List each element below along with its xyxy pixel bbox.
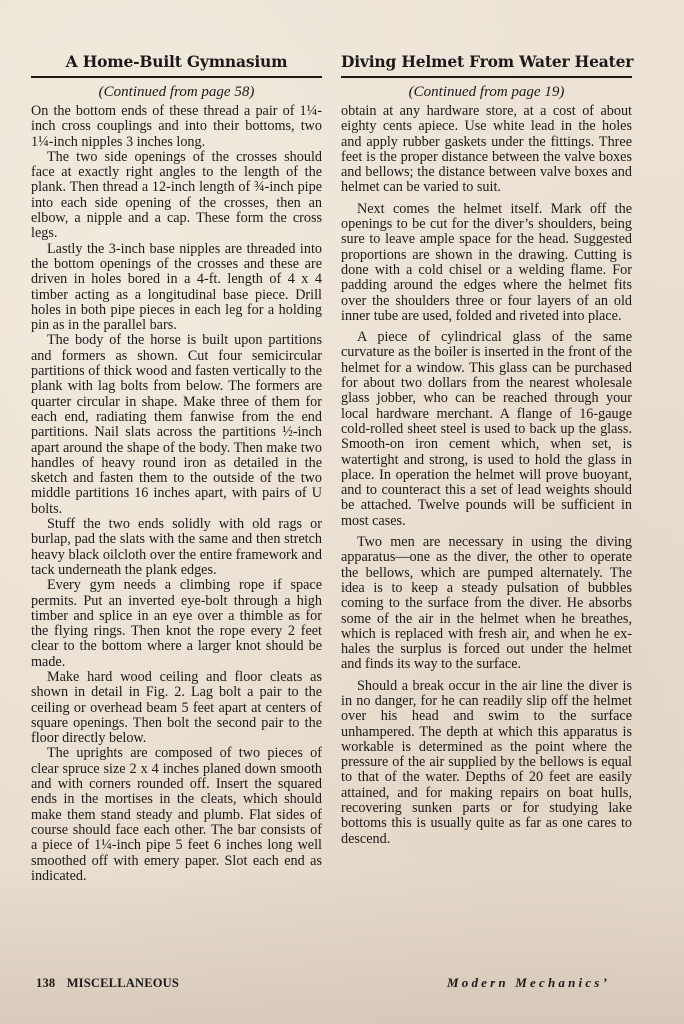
continued-note: (Continued from page 19) (341, 84, 632, 101)
paragraph: Make hard wood ceiling and floor cleats … (31, 670, 322, 746)
magazine-page: A Home-Built Gymnasium (Continued from p… (0, 0, 684, 1024)
paragraph: Stuff the two ends solidly with old rags… (31, 517, 322, 578)
left-article: A Home-Built Gymnasium (Continued from p… (31, 52, 322, 884)
paragraph: Should a break occur in the air line the… (341, 679, 632, 847)
title-rule (341, 76, 632, 78)
article-title: A Home-Built Gymnasium (31, 52, 322, 76)
title-rule (31, 76, 322, 78)
paragraph: The uprights are composed of two pieces … (31, 746, 322, 884)
page-number: 138 (36, 976, 55, 990)
paragraph: On the bottom ends of these thread a pai… (31, 104, 322, 150)
section-name: MISCELLANEOUS (67, 976, 179, 990)
page-footer-left: 138 MISCELLANEOUS (36, 976, 179, 991)
paragraph: Two men are necessary in using the div­i… (341, 535, 632, 673)
paragraph: Next comes the helmet itself. Mark off t… (341, 202, 632, 324)
paragraph: Lastly the 3-inch base nipples are threa… (31, 242, 322, 334)
paragraph: obtain at any hardware store, at a cost … (341, 104, 632, 196)
magazine-name: Modern Mechanics’ (447, 975, 610, 991)
right-article: Diving Helmet From Water Heater (Continu… (341, 52, 632, 853)
paragraph: The two side openings of the crosses sho… (31, 150, 322, 242)
continued-note: (Continued from page 58) (31, 84, 322, 101)
paragraph: A piece of cylindrical glass of the same… (341, 330, 632, 529)
paragraph: The body of the horse is built upon part… (31, 333, 322, 517)
article-title: Diving Helmet From Water Heater (341, 52, 632, 76)
paragraph: Every gym needs a climbing rope if space… (31, 578, 322, 670)
